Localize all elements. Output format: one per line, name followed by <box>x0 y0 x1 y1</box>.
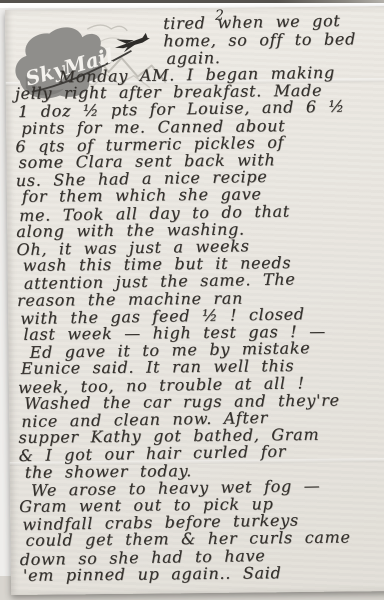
letter-photo: 2 <box>0 0 384 600</box>
airplane-icon <box>113 32 151 53</box>
cloud-scribble-art <box>87 25 127 31</box>
letter-paper: 2 <box>5 6 384 595</box>
opening-lines: tired when we gothome, so off to bedagai… <box>163 12 356 67</box>
photo-top-edge <box>0 0 384 3</box>
handwriting-line: tired when we got <box>163 12 356 33</box>
letter-lines: Monday AM. I began makingjelly right aft… <box>15 64 384 584</box>
